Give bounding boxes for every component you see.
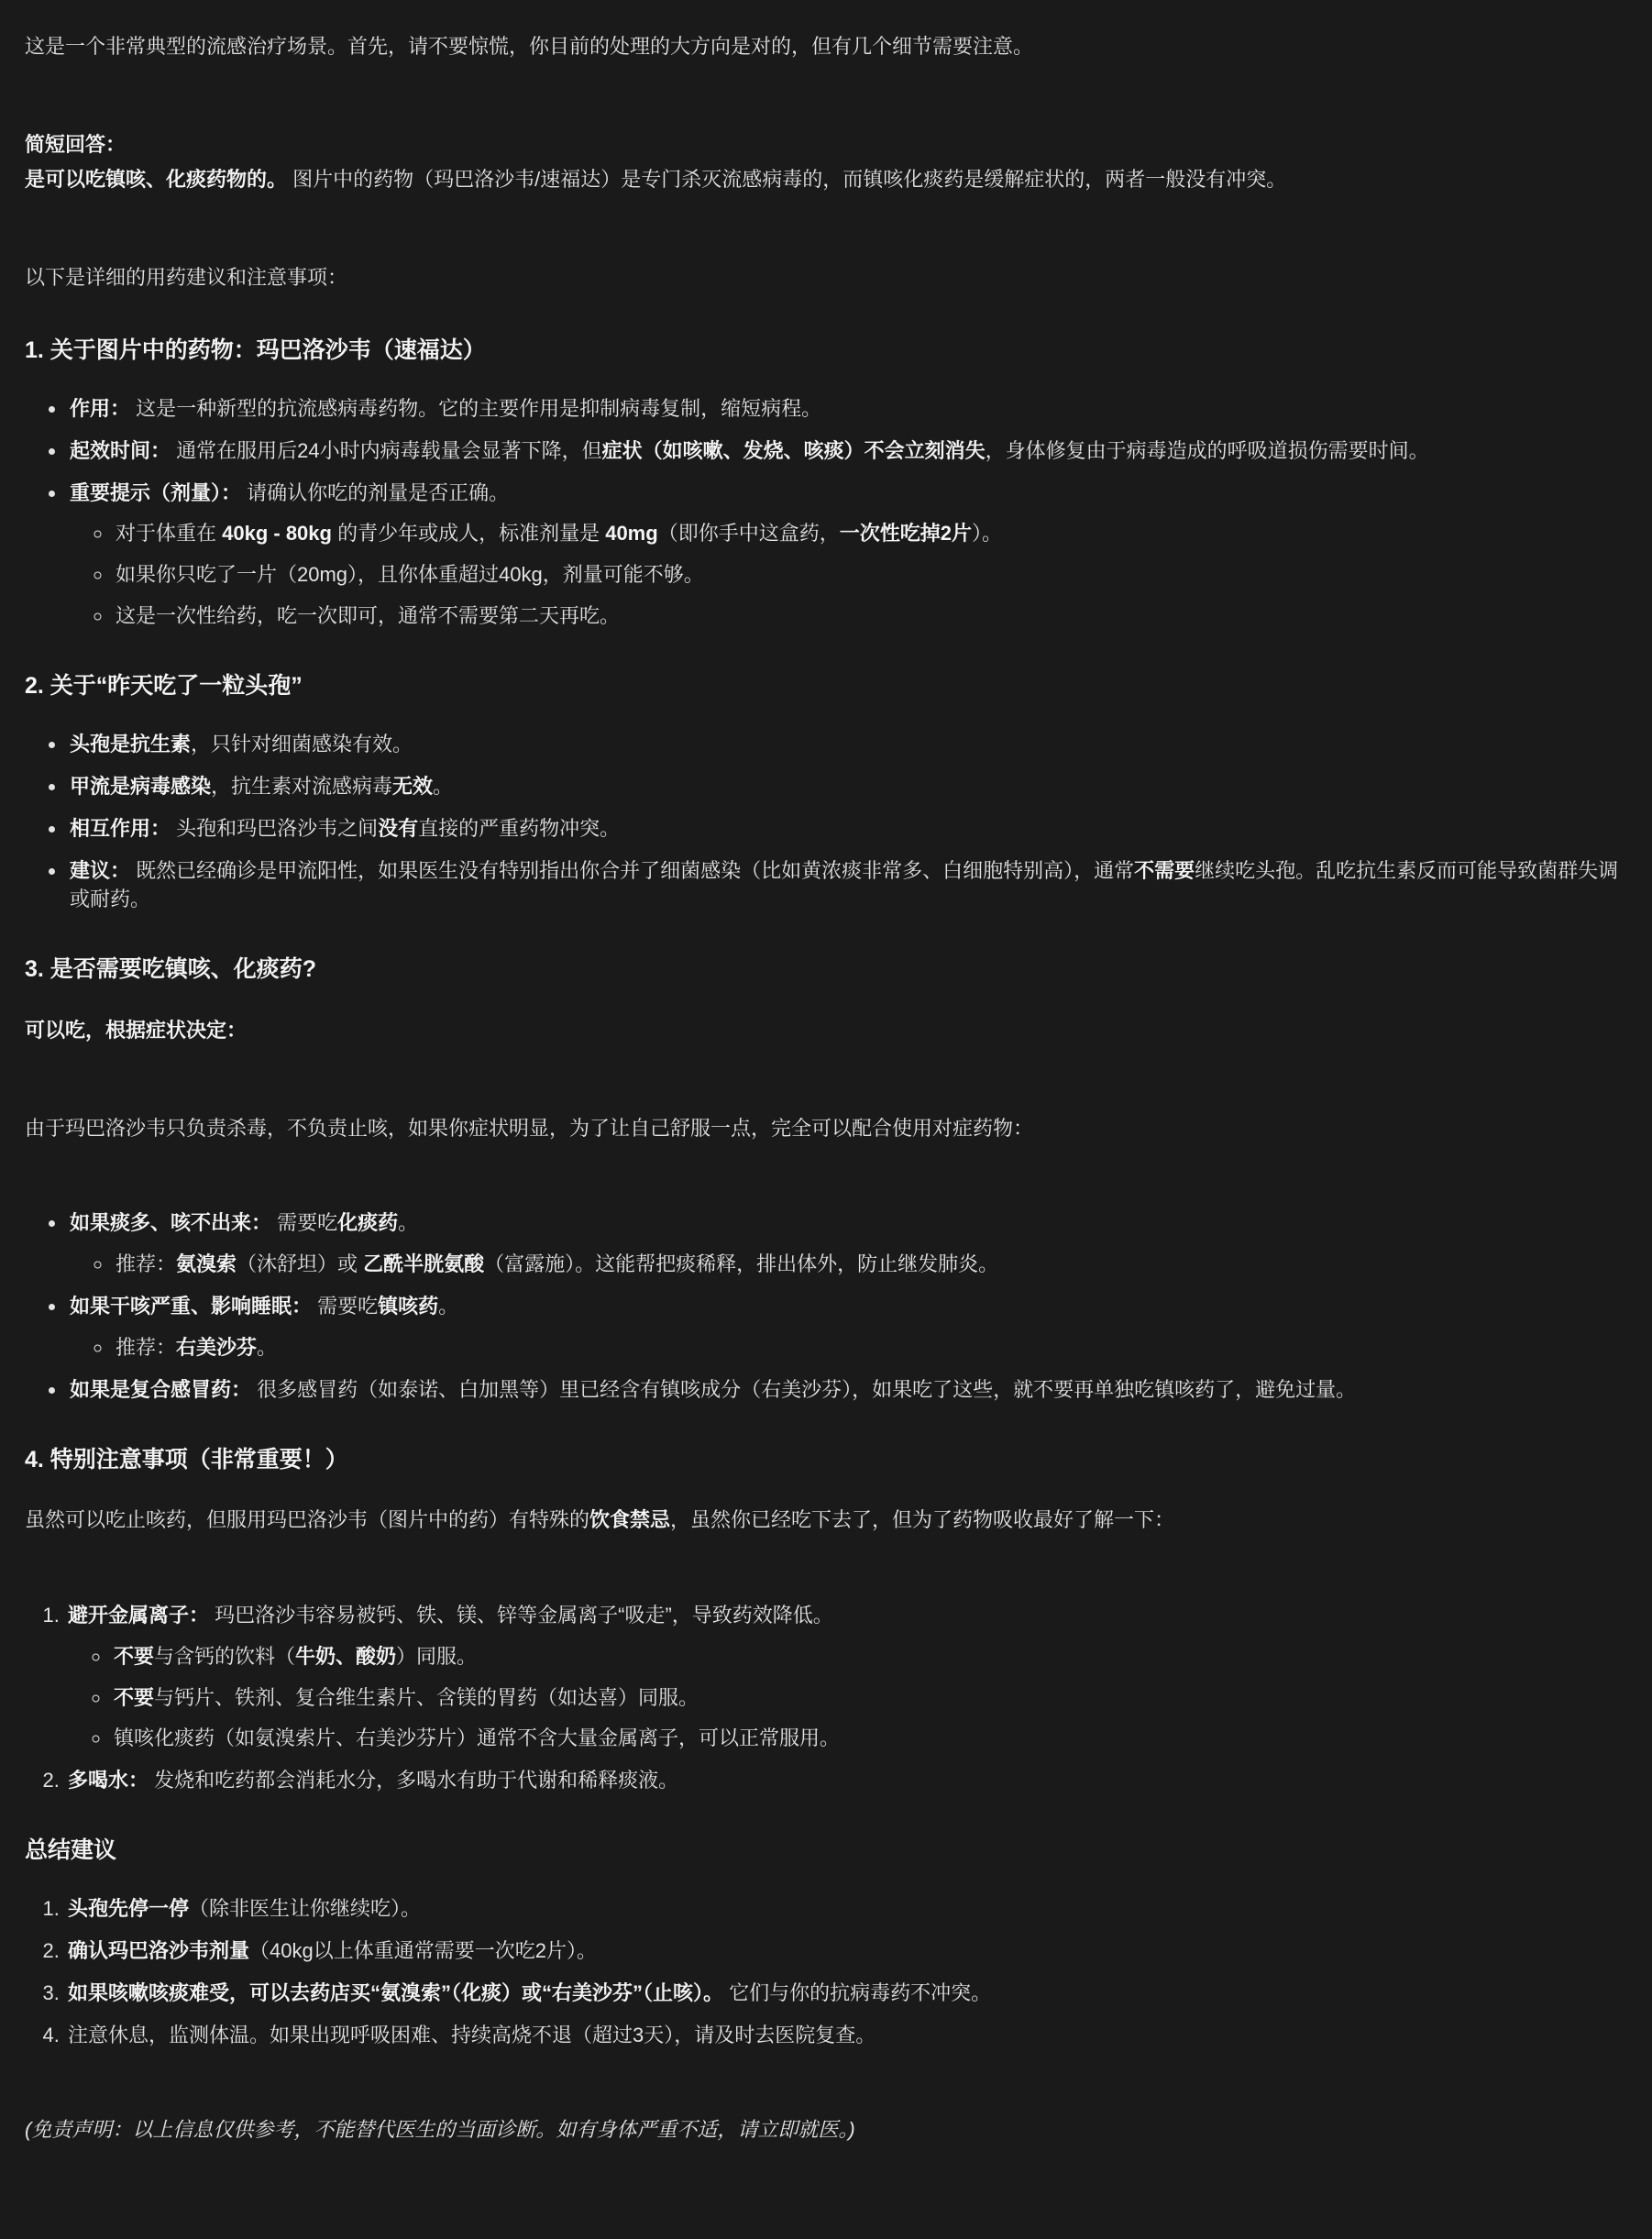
bold-text: 作用： xyxy=(70,397,130,420)
sub-list: 对于体重在 40kg - 80kg 的青少年或成人，标准剂量是 40mg（即你手… xyxy=(70,519,1627,631)
text: 3. 是否需要吃镇咳、化痰药? xyxy=(25,956,316,982)
bold-text: 症状（如咳嗽、发烧、咳痰）不会立刻消失 xyxy=(602,439,986,462)
bold-text: 不要 xyxy=(114,1645,154,1668)
text: 图片中的药物（玛巴洛沙韦/速福达）是专门杀灭流感病毒的，而镇咳化痰药是缓解症状的… xyxy=(287,168,1286,191)
list-item: 注意休息，监测体温。如果出现呼吸困难、持续高烧不退（超过3天），请及时去医院复查… xyxy=(65,2021,1627,2050)
bold-text: 重要提示（剂量）： xyxy=(70,481,241,504)
text: 推荐： xyxy=(116,1252,176,1275)
bold-text: 是可以吃镇咳、化痰药物的。 xyxy=(25,168,287,191)
sub-list-item: 镇咳化痰药（如氨溴索片、右美沙芬片）通常不含大量金属离子，可以正常服用。 xyxy=(111,1724,1627,1753)
sub-list-item: 如果你只吃了一片（20mg），且你体重超过40kg，剂量可能不够。 xyxy=(113,560,1627,590)
sub-list-item: 不要与含钙的饮料（牛奶、酸奶）同服。 xyxy=(111,1642,1627,1671)
text: （富露施）。这能帮把痰稀释，排出体外，防止继发肺炎。 xyxy=(484,1252,998,1275)
disclaimer-text: (免责声明：以上信息仅供参考，不能替代医生的当面诊断。如有身体严重不适，请立即就… xyxy=(25,2112,1627,2148)
text: （除非医生让你继续吃）。 xyxy=(189,1897,421,1920)
sub-list-item: 推荐：右美沙芬。 xyxy=(113,1333,1627,1362)
text: 它们与你的抗病毒药不冲突。 xyxy=(723,1981,991,2004)
text: 很多感冒药（如泰诺、白加黑等）里已经含有镇咳成分（右美沙芬），如果吃了这些，就不… xyxy=(251,1378,1356,1401)
bold-text: 如果干咳严重、影响睡眠： xyxy=(70,1295,312,1318)
text: (免责声明：以上信息仅供参考，不能替代医生的当面诊断。如有身体严重不适，请立即就… xyxy=(25,2118,855,2141)
text: ，身体修复由于病毒造成的呼吸道损伤需要时间。 xyxy=(986,439,1429,462)
bold-text: 避开金属离子： xyxy=(68,1604,209,1627)
numbered-list: 避开金属离子： 玛巴洛沙韦容易被钙、铁、镁、锌等金属离子“吸走”，导致药效降低。… xyxy=(25,1601,1627,1795)
text: 总结建议 xyxy=(25,1837,116,1863)
paragraph: 这是一个非常典型的流感治疗场景。首先，请不要惊慌，你目前的处理的大方向是对的，但… xyxy=(25,29,1627,65)
bold-text: 无效 xyxy=(392,775,433,798)
bold-text: 起效时间： xyxy=(70,439,171,462)
sub-list: 推荐：右美沙芬。 xyxy=(70,1333,1627,1362)
section-heading: 总结建议 xyxy=(25,1836,1627,1867)
bold-text: 40kg - 80kg xyxy=(222,522,332,545)
section-heading: 1. 关于图片中的药物：玛巴洛沙韦（速福达） xyxy=(25,336,1627,367)
list-item: 头孢先停一停（除非医生让你继续吃）。 xyxy=(65,1894,1627,1924)
text: 这是一种新型的抗流感病毒药物。它的主要作用是抑制病毒复制，缩短病程。 xyxy=(130,397,821,420)
list-item: 甲流是病毒感染，抗生素对流感病毒无效。 xyxy=(67,772,1627,801)
paragraph: 以下是详细的用药建议和注意事项： xyxy=(25,260,1627,296)
paragraph: 简短回答：是可以吃镇咳、化痰药物的。 图片中的药物（玛巴洛沙韦/速福达）是专门杀… xyxy=(25,127,1627,198)
list-item: 相互作用： 头孢和玛巴洛沙韦之间没有直接的严重药物冲突。 xyxy=(67,814,1627,844)
bold-text: 可以吃，根据症状决定： xyxy=(25,1019,247,1042)
list-item: 如果咳嗽咳痰难受，可以去药店买“氨溴索”（化痰）或“右美沙芬”（止咳）。 它们与… xyxy=(65,1979,1627,2008)
sub-list-item: 不要与钙片、铁剂、复合维生素片、含镁的胃药（如达喜）同服。 xyxy=(111,1683,1627,1713)
bold-text: 镇咳药 xyxy=(378,1295,438,1318)
bold-text: 牛奶、酸奶 xyxy=(295,1645,396,1668)
text: 请确认你吃的剂量是否正确。 xyxy=(241,481,509,504)
list-item: 多喝水： 发烧和吃药都会消耗水分，多喝水有助于代谢和稀释痰液。 xyxy=(65,1766,1627,1795)
text: 需要吃 xyxy=(312,1295,378,1318)
text: 2. 关于“昨天吃了一粒头孢” xyxy=(25,673,303,699)
sub-list-item: 对于体重在 40kg - 80kg 的青少年或成人，标准剂量是 40mg（即你手… xyxy=(113,519,1627,548)
sub-list-item: 推荐：氨溴索（沐舒坦）或 乙酰半胱氨酸（富露施）。这能帮把痰稀释，排出体外，防止… xyxy=(113,1250,1627,1279)
text: 由于玛巴洛沙韦只负责杀毒，不负责止咳，如果你症状明显，为了让自己舒服一点，完全可… xyxy=(25,1117,1033,1140)
text: ，抗生素对流感病毒 xyxy=(211,775,392,798)
bold-text: 如果痰多、咳不出来： xyxy=(70,1211,271,1234)
text: 注意休息，监测体温。如果出现呼吸困难、持续高烧不退（超过3天），请及时去医院复查… xyxy=(68,2024,876,2046)
list-item: 重要提示（剂量）： 请确认你吃的剂量是否正确。对于体重在 40kg - 80kg… xyxy=(67,479,1627,632)
text: 头孢和玛巴洛沙韦之间 xyxy=(171,817,378,840)
bold-text: 氨溴索 xyxy=(176,1252,237,1275)
text: ）同服。 xyxy=(396,1645,477,1668)
text: 镇咳化痰药（如氨溴索片、右美沙芬片）通常不含大量金属离子，可以正常服用。 xyxy=(114,1726,840,1749)
bold-text: 如果咳嗽咳痰难受，可以去药店买“氨溴索”（化痰）或“右美沙芬”（止咳）。 xyxy=(68,1981,723,2004)
text: （即你手中这盒药， xyxy=(658,522,840,545)
text: 4. 特别注意事项（非常重要！） xyxy=(25,1447,348,1472)
text: 。 xyxy=(433,775,453,798)
bold-text: 饮食禁忌 xyxy=(589,1508,670,1531)
text: 与含钙的饮料（ xyxy=(154,1645,295,1668)
bold-text: 建议： xyxy=(70,859,130,882)
bold-text: 化痰药 xyxy=(337,1211,398,1234)
list-item: 如果痰多、咳不出来： 需要吃化痰药。推荐：氨溴索（沐舒坦）或 乙酰半胱氨酸（富露… xyxy=(67,1208,1627,1279)
text: 如果你只吃了一片（20mg），且你体重超过40kg，剂量可能不够。 xyxy=(116,563,704,586)
list-item: 确认玛巴洛沙韦剂量（40kg以上体重通常需要一次吃2片）。 xyxy=(65,1936,1627,1966)
bold-text: 右美沙芬 xyxy=(176,1336,257,1359)
text: 通常在服用后24小时内病毒载量会显著下降，但 xyxy=(171,439,602,462)
text: 既然已经确诊是甲流阳性，如果医生没有特别指出你合并了细菌感染（比如黄浓痰非常多、… xyxy=(130,859,1134,882)
bold-text: 40mg xyxy=(605,522,657,545)
list-item: 如果干咳严重、影响睡眠： 需要吃镇咳药。推荐：右美沙芬。 xyxy=(67,1292,1627,1362)
paragraph: 虽然可以吃止咳药，但服用玛巴洛沙韦（图片中的药）有特殊的饮食禁忌，虽然你已经吃下… xyxy=(25,1503,1627,1539)
bold-text: 确认玛巴洛沙韦剂量 xyxy=(68,1939,249,1962)
numbered-list: 头孢先停一停（除非医生让你继续吃）。确认玛巴洛沙韦剂量（40kg以上体重通常需要… xyxy=(25,1894,1627,2050)
text: 的青少年或成人，标准剂量是 xyxy=(332,522,605,545)
list-item: 起效时间： 通常在服用后24小时内病毒载量会显著下降，但症状（如咳嗽、发烧、咳痰… xyxy=(67,436,1627,466)
list-item: 如果是复合感冒药： 很多感冒药（如泰诺、白加黑等）里已经含有镇咳成分（右美沙芬）… xyxy=(67,1375,1627,1405)
text: 直接的严重药物冲突。 xyxy=(418,817,620,840)
text: 。 xyxy=(257,1336,277,1359)
text: （40kg以上体重通常需要一次吃2片）。 xyxy=(249,1939,597,1962)
paragraph: 由于玛巴洛沙韦只负责杀毒，不负责止咳，如果你症状明显，为了让自己舒服一点，完全可… xyxy=(25,1111,1627,1147)
bold-text: 不要 xyxy=(114,1686,154,1709)
list-item: 头孢是抗生素，只针对细菌感染有效。 xyxy=(67,730,1627,759)
text: 需要吃 xyxy=(271,1211,337,1234)
bullet-list: 作用： 这是一种新型的抗流感病毒药物。它的主要作用是抑制病毒复制，缩短病程。起效… xyxy=(25,394,1627,631)
bold-text: 乙酰半胱氨酸 xyxy=(363,1252,484,1275)
bullet-list: 如果痰多、咳不出来： 需要吃化痰药。推荐：氨溴索（沐舒坦）或 乙酰半胱氨酸（富露… xyxy=(25,1208,1627,1404)
text: 这是一次性给药，吃一次即可，通常不需要第二天再吃。 xyxy=(116,604,620,627)
bold-text: 如果是复合感冒药： xyxy=(70,1378,251,1401)
bold-text: 一次性吃掉2片 xyxy=(840,522,972,545)
list-item: 避开金属离子： 玛巴洛沙韦容易被钙、铁、镁、锌等金属离子“吸走”，导致药效降低。… xyxy=(65,1601,1627,1754)
text: 与钙片、铁剂、复合维生素片、含镁的胃药（如达喜）同服。 xyxy=(154,1686,699,1709)
list-item: 作用： 这是一种新型的抗流感病毒药物。它的主要作用是抑制病毒复制，缩短病程。 xyxy=(67,394,1627,424)
text: 发烧和吃药都会消耗水分，多喝水有助于代谢和稀释痰液。 xyxy=(149,1769,678,1792)
bold-text: 头孢是抗生素 xyxy=(70,733,191,756)
text: 推荐： xyxy=(116,1336,176,1359)
bold-text: 简短回答： xyxy=(25,133,126,156)
section-heading: 3. 是否需要吃镇咳、化痰药? xyxy=(25,954,1627,986)
text: 。 xyxy=(438,1295,458,1318)
sub-list: 推荐：氨溴索（沐舒坦）或 乙酰半胱氨酸（富露施）。这能帮把痰稀释，排出体外，防止… xyxy=(70,1250,1627,1279)
bold-text: 甲流是病毒感染 xyxy=(70,775,211,798)
bold-text: 没有 xyxy=(378,817,418,840)
text: ，只针对细菌感染有效。 xyxy=(191,733,413,756)
text: （沐舒坦）或 xyxy=(237,1252,363,1275)
text: ）。 xyxy=(972,522,1002,545)
text: 1. 关于图片中的药物：玛巴洛沙韦（速福达） xyxy=(25,337,486,363)
bold-text: 不需要 xyxy=(1134,859,1195,882)
text: 。 xyxy=(398,1211,418,1234)
text: 虽然可以吃止咳药，但服用玛巴洛沙韦（图片中的药）有特殊的 xyxy=(25,1508,589,1531)
bold-text: 头孢先停一停 xyxy=(68,1897,189,1920)
assistant-message: 这是一个非常典型的流感治疗场景。首先，请不要惊慌，你目前的处理的大方向是对的，但… xyxy=(25,29,1627,2147)
bold-text: 多喝水： xyxy=(68,1769,149,1792)
sub-list: 不要与含钙的饮料（牛奶、酸奶）同服。不要与钙片、铁剂、复合维生素片、含镁的胃药（… xyxy=(68,1642,1627,1754)
text: 这是一个非常典型的流感治疗场景。首先，请不要惊慌，你目前的处理的大方向是对的，但… xyxy=(25,35,1033,58)
list-item: 建议： 既然已经确诊是甲流阳性，如果医生没有特别指出你合并了细菌感染（比如黄浓痰… xyxy=(67,856,1627,915)
section-heading: 2. 关于“昨天吃了一粒头孢” xyxy=(25,671,1627,702)
text: 以下是详细的用药建议和注意事项： xyxy=(25,266,347,289)
bullet-list: 头孢是抗生素，只针对细菌感染有效。甲流是病毒感染，抗生素对流感病毒无效。相互作用… xyxy=(25,730,1627,914)
text: 对于体重在 xyxy=(116,522,222,545)
text: 玛巴洛沙韦容易被钙、铁、镁、锌等金属离子“吸走”，导致药效降低。 xyxy=(209,1604,833,1627)
sub-list-item: 这是一次性给药，吃一次即可，通常不需要第二天再吃。 xyxy=(113,601,1627,631)
bold-text: 相互作用： xyxy=(70,817,171,840)
text: ，虽然你已经吃下去了，但为了药物吸收最好了解一下： xyxy=(670,1508,1174,1531)
paragraph: 可以吃，根据症状决定： xyxy=(25,1013,1627,1049)
section-heading: 4. 特别注意事项（非常重要！） xyxy=(25,1445,1627,1476)
